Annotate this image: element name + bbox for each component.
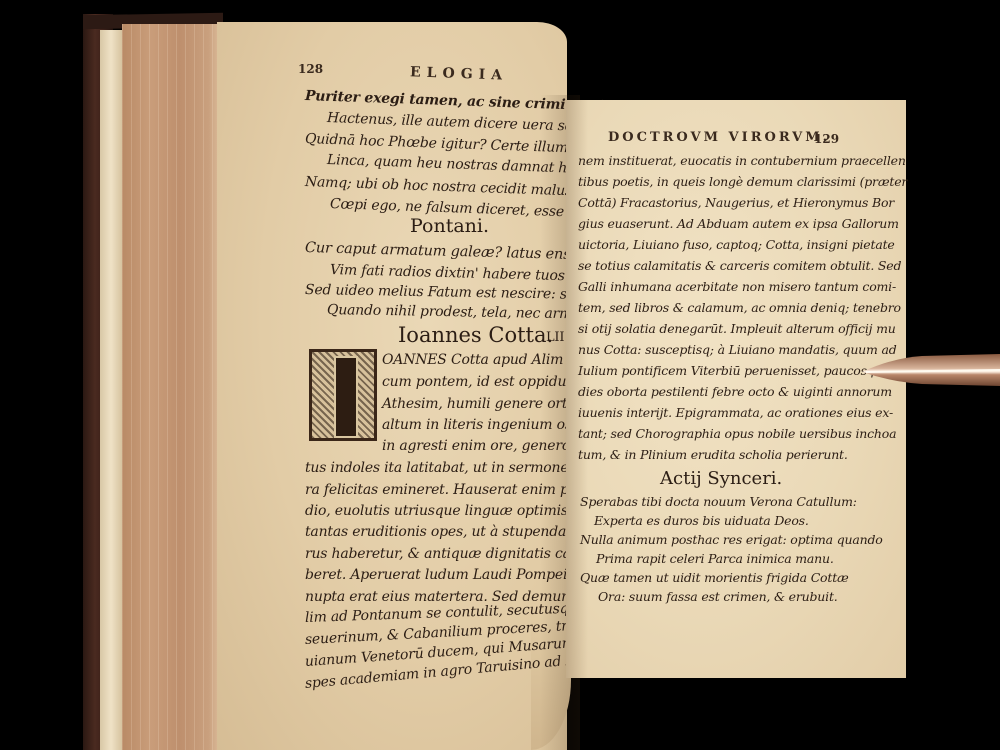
prose-line: nem instituerat, euocatis in contuberniu… — [578, 153, 906, 169]
prose-line: se totius calamitatis & carceris comitem… — [578, 258, 901, 274]
initial-letter-glyph — [334, 356, 358, 438]
knife-blade — [862, 352, 1000, 390]
prose-line: tibus poetis, in queis longè demum clari… — [578, 174, 907, 190]
prose-line: in agresti enim ore, generosi — [382, 438, 581, 454]
book-board-edge — [100, 30, 122, 750]
poem-line: Ora: suum fassa est crimen, & erubuit. — [598, 589, 838, 605]
prose-line: si otij solatia denegarūt. Impleuit alte… — [578, 321, 896, 337]
poem-line: Sperabas tibi docta nouum Verona Catullu… — [580, 494, 857, 510]
heading-ioannes-cotta: Ioannes Cotta. — [398, 323, 553, 347]
prose-line: tum, & in Plinium erudita scholia perier… — [578, 447, 848, 463]
right-page-folio: 129 — [814, 132, 839, 146]
prose-line: beret. Aperuerat ludum Laudi Pompeiæ, qu — [305, 567, 606, 583]
page-block-edges — [122, 24, 218, 750]
prose-line: altum in literis ingenium ost — [382, 417, 577, 433]
poem-line: Experta es duros bis uiduata Deos. — [594, 513, 809, 529]
prose-line: gius euaserunt. Ad Abduam autem ex ipsa … — [578, 216, 899, 232]
prose-line: Cottā) Fracastorius, Naugerius, et Hiero… — [578, 195, 894, 211]
heading-pontani: Pontani. — [410, 215, 489, 237]
prose-line: Galli inhumana acerbitate non misero tan… — [578, 279, 896, 295]
prose-line: cum pontem, id est oppidum s — [382, 374, 591, 390]
section-number: LII — [546, 330, 564, 346]
prose-line: iuuenis interijt. Epigrammata, ac oratio… — [578, 405, 893, 421]
prose-line: OANNES Cotta apud Alim — [382, 352, 563, 368]
prose-line: ra felicitas emineret. Hauserat enim per… — [305, 482, 610, 498]
woodcut-initial-I — [309, 349, 377, 441]
prose-line: dies oborta pestilenti febre octo & uigi… — [578, 384, 892, 400]
prose-line: nus Cotta: susceptisq; à Liuiano mandati… — [578, 342, 897, 358]
poem-line: Prima rapit celeri Parca inimica manu. — [596, 551, 834, 567]
heading-actij-synceri: Actij Synceri. — [660, 468, 782, 489]
poem-line: Quæ tamen ut uidit morientis frigida Cot… — [580, 570, 849, 586]
left-page-folio: 128 — [298, 62, 323, 76]
poem-line: Nulla animum posthac res erigat: optima … — [580, 532, 883, 548]
prose-line: Iulium pontificem Viterbiū peruenisset, … — [578, 363, 897, 379]
left-running-head: ELOGIA — [410, 64, 509, 83]
right-running-head: DOCTROVM VIRORVM. — [608, 130, 830, 145]
prose-line: tant; sed Chorographia opus nobile uersi… — [578, 426, 896, 442]
prose-line: uictoria, Liuiano fuso, captoq; Cotta, i… — [578, 237, 895, 253]
prose-line: tem, sed libros & calamum, ac omnia deni… — [578, 300, 901, 316]
